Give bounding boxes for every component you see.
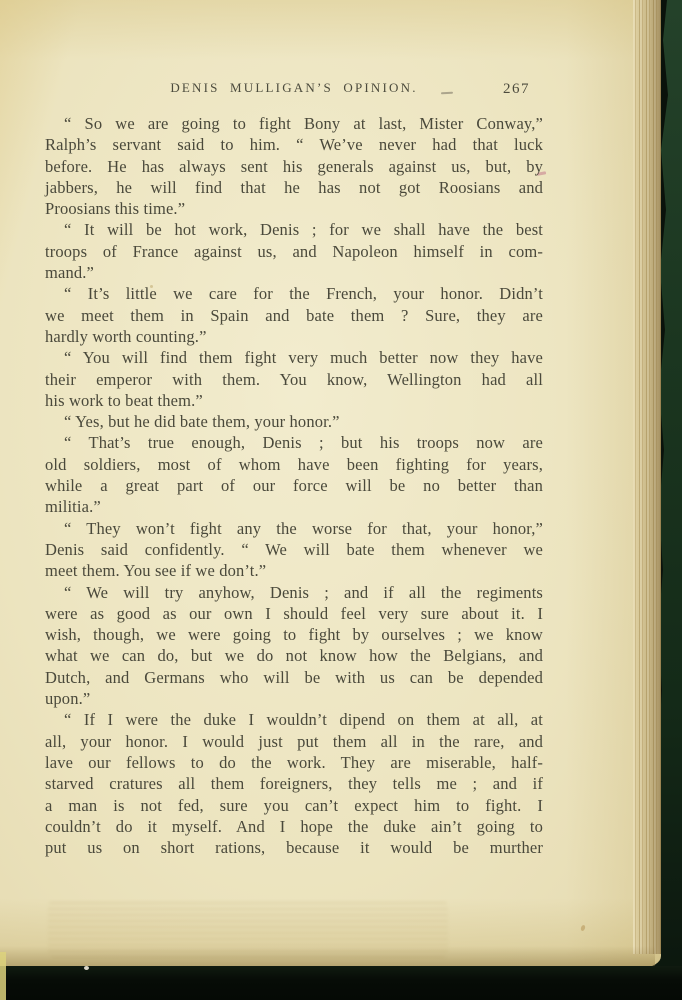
paper-speck <box>84 966 89 970</box>
text-line: “ They won’t fight any the worse for tha… <box>45 518 543 539</box>
text-line: we meet them in Spain and bate them ? Su… <box>45 305 543 326</box>
text-line: “ We will try anyhow, Denis ; and if all… <box>45 582 543 603</box>
text-line: all, your honor. I would just put them a… <box>45 731 543 752</box>
bottom-page-shadow <box>0 946 655 968</box>
text-line: upon.” <box>45 688 543 709</box>
text-line: old soldiers, most of whom have been fig… <box>45 454 543 475</box>
scanned-book-page: DENIS MULLIGAN’S OPINION. 267 “ So we ar… <box>0 0 682 1000</box>
text-line: mand.” <box>45 262 543 283</box>
running-head-title: DENIS MULLIGAN’S OPINION. <box>45 80 543 96</box>
text-line: “ Yes, but he did bate them, your honor.… <box>45 411 543 432</box>
text-line: “ That’s true enough, Denis ; but his tr… <box>45 432 543 453</box>
fore-edge-page-stack <box>633 0 661 954</box>
text-line: meet them. You see if we don’t.” <box>45 560 543 581</box>
text-line: Ralph’s servant said to him. “ We’ve nev… <box>45 134 543 155</box>
text-line: a man is not fed, sure you can’t expect … <box>45 795 543 816</box>
text-line: “ So we are going to fight Bony at last,… <box>45 113 543 134</box>
text-line: hardly worth counting.” <box>45 326 543 347</box>
cover-lining-sliver <box>0 952 6 1000</box>
text-line: put us on short rations, because it woul… <box>45 837 543 858</box>
text-line: “ It will be hot work, Denis ; for we sh… <box>45 219 543 240</box>
text-line: jabbers, he will find that he has not go… <box>45 177 543 198</box>
text-line: militia.” <box>45 496 543 517</box>
text-line: starved cratures all them foreigners, th… <box>45 773 543 794</box>
text-line: Dutch, and Germans who will be with us c… <box>45 667 543 688</box>
bottom-cover-strip <box>0 966 682 1000</box>
text-line: before. He has always sent his generals … <box>45 156 543 177</box>
running-header: DENIS MULLIGAN’S OPINION. 267 <box>45 80 543 100</box>
text-line: their emperor with them. You know, Welli… <box>45 369 543 390</box>
text-line: what we can do, but we do not know how t… <box>45 645 543 666</box>
text-line: lave our fellows to do the work. They ar… <box>45 752 543 773</box>
page-number: 267 <box>503 81 530 98</box>
text-line: “ It’s little we care for the French, yo… <box>45 283 543 304</box>
body-text: “ So we are going to fight Bony at last,… <box>45 113 543 858</box>
text-line: Denis said confidently. “ We will bate t… <box>45 539 543 560</box>
text-line: couldn’t do it myself. And I hope the du… <box>45 816 543 837</box>
text-line: were as good as our own I should feel ve… <box>45 603 543 624</box>
text-line: while a great part of our force will be … <box>45 475 543 496</box>
text-line: “ If I were the duke I wouldn’t dipend o… <box>45 709 543 730</box>
text-line: wish, though, we were going to fight by … <box>45 624 543 645</box>
text-line: troops of France against us, and Napoleo… <box>45 241 543 262</box>
text-line: Proosians this time.” <box>45 198 543 219</box>
text-line: “ You will find them fight very much bet… <box>45 347 543 368</box>
text-line: his work to beat them.” <box>45 390 543 411</box>
